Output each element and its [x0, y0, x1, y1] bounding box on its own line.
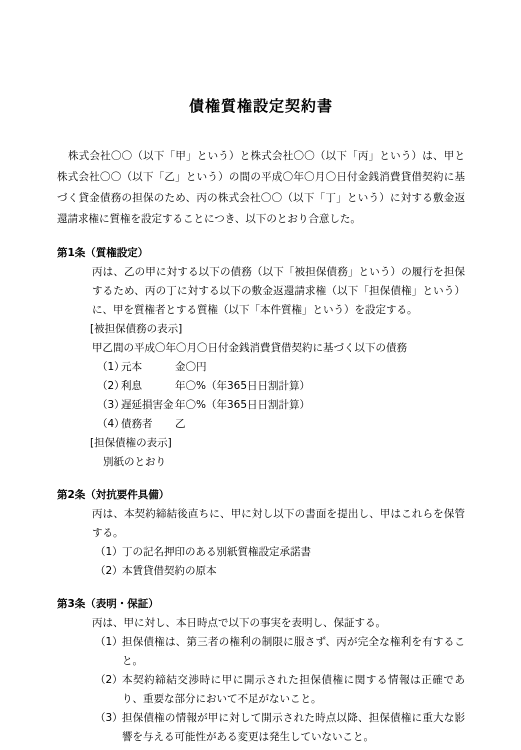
article-1-body: 丙は、乙の甲に対する以下の債務（以下「被担保債務」という）の履行を担保するため、… — [92, 263, 465, 320]
article-3-item-2: （2） 本契約締結交渉時に甲に開示された担保債権に関する情報は正確であり、重要な… — [95, 671, 465, 709]
article-1: 第1条（質権設定） 丙は、乙の甲に対する以下の債務（以下「被担保債務」という）の… — [57, 244, 465, 472]
article-3-item-1: （1） 担保債権は、第三者の権利の制限に服さず、丙が完全な権利を有すること。 — [95, 633, 465, 671]
item-number: （4） — [97, 415, 121, 434]
item-label: 遅延損害金 — [121, 396, 175, 415]
item-label: 利息 — [121, 377, 175, 396]
item-number: （3） — [97, 396, 121, 415]
item-number: （3） — [95, 709, 122, 747]
item-number: （1） — [95, 633, 122, 671]
article-2-body: 丙は、本契約締結後直ちに、甲に対し以下の書面を提出し、甲はこれらを保管する。 — [92, 505, 465, 543]
article-2-item-2: （2） 本賃貸借契約の原本 — [95, 562, 465, 581]
article-2-item-1: （1） 丁の記名押印のある別紙質権設定承諾書 — [95, 543, 465, 562]
secured-debt-intro: 甲乙間の平成〇年〇月〇日付金銭消費貸借契約に基づく以下の債務 — [92, 339, 465, 358]
document-title: 債権質権設定契約書 — [57, 97, 465, 115]
item-label: 債務者 — [121, 415, 175, 434]
item-value: 乙 — [175, 415, 465, 434]
item-label: 元本 — [121, 358, 175, 377]
item-text: 本賃貸借契約の原本 — [122, 562, 465, 581]
item-text: 担保債権の情報が甲に対して開示された時点以降、担保債権に重大な影響を与える可能性… — [122, 709, 465, 747]
item-text: 丁の記名押印のある別紙質権設定承諾書 — [122, 543, 465, 562]
article-2-heading: 第2条（対抗要件具備） — [57, 486, 465, 505]
opening-paragraph: 株式会社〇〇（以下「甲」という）と株式会社〇〇（以下「丙」という）は、甲と株式会… — [57, 146, 465, 230]
debt-item-late-damages: （3） 遅延損害金 年〇%（年365日日割計算） — [97, 396, 465, 415]
article-1-heading: 第1条（質権設定） — [57, 244, 465, 263]
item-number: （1） — [97, 358, 121, 377]
article-3-body: 丙は、甲に対し、本日時点で以下の事実を表明し、保証する。 — [92, 614, 465, 633]
secured-debt-section-label: [被担保債務の表示] — [90, 320, 465, 339]
collateral-claim-section-label: [担保債権の表示] — [90, 434, 465, 453]
item-text: 本契約締結交渉時に甲に開示された担保債権に関する情報は正確であり、重要な部分にお… — [122, 671, 465, 709]
item-text: 担保債権は、第三者の権利の制限に服さず、丙が完全な権利を有すること。 — [122, 633, 465, 671]
contract-page: 債権質権設定契約書 株式会社〇〇（以下「甲」という）と株式会社〇〇（以下「丙」と… — [0, 0, 521, 750]
debt-item-principal: （1） 元本 金〇円 — [97, 358, 465, 377]
debt-item-debtor: （4） 債務者 乙 — [97, 415, 465, 434]
item-number: （2） — [95, 671, 122, 709]
item-value: 年〇%（年365日日割計算） — [175, 377, 465, 396]
debt-item-interest: （2） 利息 年〇%（年365日日割計算） — [97, 377, 465, 396]
item-number: （2） — [95, 562, 122, 581]
article-3-heading: 第3条（表明・保証） — [57, 595, 465, 614]
item-number: （2） — [97, 377, 121, 396]
item-value: 金〇円 — [175, 358, 465, 377]
item-number: （1） — [95, 543, 122, 562]
item-value: 年〇%（年365日日割計算） — [175, 396, 465, 415]
collateral-claim-body: 別紙のとおり — [103, 453, 465, 472]
article-3: 第3条（表明・保証） 丙は、甲に対し、本日時点で以下の事実を表明し、保証する。 … — [57, 595, 465, 747]
article-3-item-3: （3） 担保債権の情報が甲に対して開示された時点以降、担保債権に重大な影響を与え… — [95, 709, 465, 747]
article-2: 第2条（対抗要件具備） 丙は、本契約締結後直ちに、甲に対し以下の書面を提出し、甲… — [57, 486, 465, 581]
